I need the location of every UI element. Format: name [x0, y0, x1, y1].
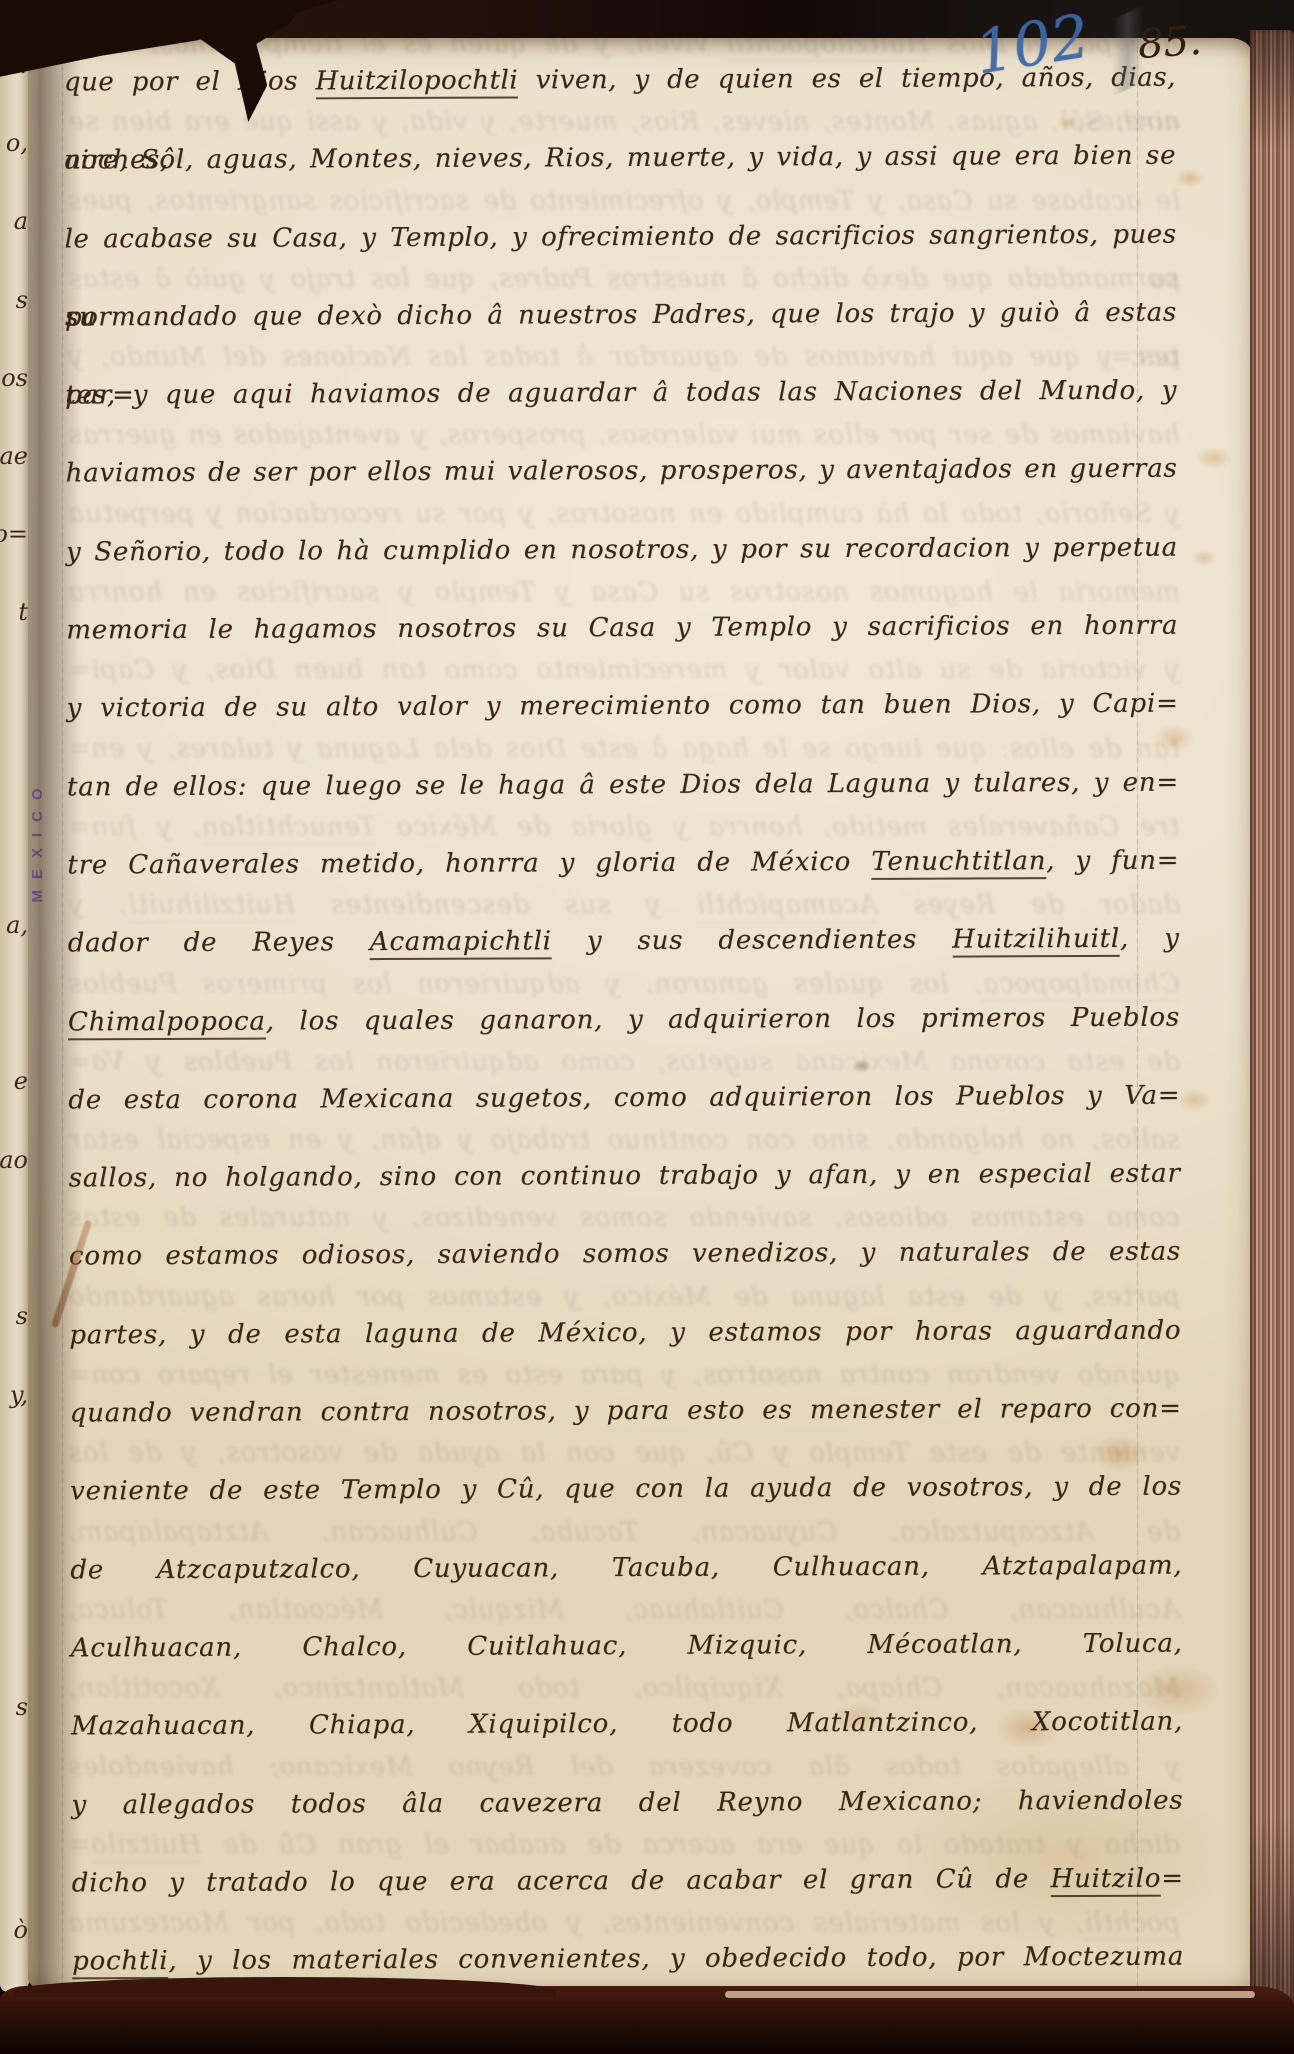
manuscript-line: como estamos odiosos, saviendo somos ven…: [69, 1213, 1181, 1296]
text-segment: como estamos odiosos, saviendo somos ven…: [69, 1237, 1181, 1272]
manuscript-line: haviamos de ser por ellos mui valerosos,…: [65, 430, 1177, 513]
text-segment: , los quales ganaron, y adquirieron los …: [266, 1002, 1180, 1036]
text-segment: y Señorio, todo lo hà cumplido en nosotr…: [66, 532, 1178, 567]
archive-stamp-mexico: MEXICO: [29, 620, 46, 1060]
text-segment: Mazahuacan, Chiapa, Xiquipilco, todo Mat…: [71, 1707, 1183, 1742]
text-segment: de esta corona Mexicana sugetos, como ad…: [68, 1080, 1180, 1115]
manuscript-line: su mandado que dexò dicho â nuestros Pad…: [65, 273, 1177, 356]
text-segment: de Atzcaputzalco, Cuyuacan, Tacuba, Culh…: [70, 1550, 1182, 1585]
underlined-word: Chimalpopoca: [68, 1006, 266, 1040]
manuscript-line: tre Cañaverales metido, honrra y gloria …: [67, 822, 1179, 905]
text-segment: dicho y tratado lo que era acerca de aca…: [72, 1864, 1051, 1898]
facing-page-text-fragment: ae: [0, 442, 28, 470]
facing-page-text-fragment: o=: [0, 520, 28, 548]
manuscript-line: y Señorio, todo lo hà cumplido en nosotr…: [66, 508, 1178, 591]
facing-page-text-fragment: a,: [6, 911, 28, 939]
underlined-word: Tenuchtitlan: [871, 846, 1046, 880]
text-segment: que por el Dios: [64, 66, 316, 97]
text-segment: veniente de este Templo y Cû, que con la…: [70, 1472, 1182, 1507]
folio-number-ink: 85.: [1136, 18, 1203, 68]
facing-page-text-fragment: a: [14, 207, 28, 235]
manuscript-page: que por el Dios Huitzilopochtli viven, y…: [28, 38, 1252, 1994]
manuscript-line: le acabase su Casa, y Templo, y ofrecimi…: [64, 195, 1176, 278]
manuscript-line: quando vendran contra nosotros, y para e…: [70, 1370, 1182, 1453]
text-segment: tes, y que aqui haviamos de aguardar â t…: [65, 376, 1177, 411]
facing-page-text-fragment: y,: [10, 1381, 28, 1409]
text-segment: haviamos de ser por ellos mui valerosos,…: [66, 454, 1178, 489]
facing-page-text-fragment: s: [16, 1302, 28, 1330]
facing-page-text-fragment: s: [16, 286, 28, 314]
manuscript-line: dador de Reyes Acamapichtli y sus descen…: [67, 900, 1179, 983]
facing-page-text-fragment: e: [14, 1067, 28, 1095]
manuscript-line: tes, y que aqui haviamos de aguardar â t…: [65, 352, 1177, 435]
book-binding-bottom: [0, 1986, 1294, 2054]
text-segment: memoria le hagamos nosotros su Casa y Te…: [66, 611, 1178, 646]
underlined-word: Acamapichtli: [370, 927, 552, 961]
facing-page-text-fragment: ò: [14, 1916, 28, 1944]
manuscript-line: memoria le hagamos nosotros su Casa y Te…: [66, 587, 1178, 670]
text-segment: , y: [1120, 924, 1180, 954]
text-segment: tan de ellos: que luego se le haga â est…: [67, 767, 1179, 802]
manuscript-line: Mazahuacan, Chiapa, Xiquipilco, todo Mat…: [71, 1683, 1183, 1766]
manuscript-line: partes, y de esta laguna de México, y es…: [69, 1291, 1181, 1374]
archive-stamp: ARCHIVO GENERAL DE LA NACION MEXICO: [28, 620, 67, 1060]
underlined-word: Huitzilo: [1051, 1863, 1162, 1896]
manuscript-line: Aculhuacan, Chalco, Cuitlahuac, Mizquic,…: [71, 1605, 1183, 1688]
manuscript-line: tan de ellos: que luego se le haga â est…: [67, 743, 1179, 826]
facing-page-text-fragment: o,: [6, 129, 28, 157]
text-segment: aire, Sôl, aguas, Montes, nieves, Rios, …: [64, 141, 1176, 176]
manuscript-line: Chimalpopoca, los quales ganaron, y adqu…: [68, 978, 1180, 1061]
manuscript-line: de esta corona Mexicana sugetos, como ad…: [68, 1056, 1180, 1139]
text-segment: Aculhuacan, Chalco, Cuitlahuac, Mizquic,…: [71, 1629, 1183, 1664]
underlined-word: pochtli: [72, 1946, 168, 1979]
manuscript-line: de Atzcaputzalco, Cuyuacan, Tacuba, Culh…: [70, 1526, 1182, 1609]
text-segment: y allegados todos âla cavezera del Reyno…: [71, 1785, 1183, 1820]
text-segment: , y fun=: [1046, 846, 1179, 877]
text-segment: partes, y de esta laguna de México, y es…: [69, 1315, 1181, 1350]
facing-page-text-fragment: os: [1, 364, 28, 392]
manuscript-line: aire, Sôl, aguas, Montes, nieves, Rios, …: [64, 117, 1176, 200]
text-segment: =: [1161, 1863, 1184, 1893]
manuscript-line: dicho y tratado lo que era acerca de aca…: [72, 1839, 1184, 1922]
text-segment: sallos, no holgando, sino con continuo t…: [69, 1159, 1181, 1194]
manuscript-line: y allegados todos âla cavezera del Reyno…: [71, 1761, 1183, 1844]
book-fore-edge-pages: [1250, 30, 1294, 2012]
manuscript-line: sallos, no holgando, sino con continuo t…: [69, 1135, 1181, 1218]
facing-page-text-fragment: t: [18, 598, 28, 626]
text-segment: dador de Reyes: [68, 927, 370, 958]
text-segment: y sus descendientes: [552, 925, 953, 957]
underlined-word: Huitzilihuitl: [952, 924, 1120, 958]
facing-page-text-fragment: ao: [0, 1146, 28, 1174]
text-segment: , y los materiales convenientes, y obede…: [168, 1942, 1184, 1976]
manuscript-photo: iò:o,asosaeo=ta,eaosy,sò que por el Dios…: [0, 0, 1294, 2054]
manuscript-line: veniente de este Templo y Cû, que con la…: [70, 1448, 1182, 1531]
facing-page-text-fragment: s: [16, 1693, 28, 1721]
underlined-word: Huitzilopochtli: [315, 65, 518, 99]
text-segment: tre Cañaverales metido, honrra y gloria …: [67, 847, 871, 881]
manuscript-text: que por el Dios Huitzilopochtli viven, y…: [64, 39, 1185, 1994]
manuscript-line: y victoria de su alto valor y merecimien…: [66, 665, 1178, 748]
facing-page-edge: iò:o,asosaeo=ta,eaosy,sò: [0, 36, 30, 1992]
text-segment: y victoria de su alto valor y merecimien…: [67, 689, 1179, 724]
text-segment: quando vendran contra nosotros, y para e…: [70, 1394, 1182, 1429]
